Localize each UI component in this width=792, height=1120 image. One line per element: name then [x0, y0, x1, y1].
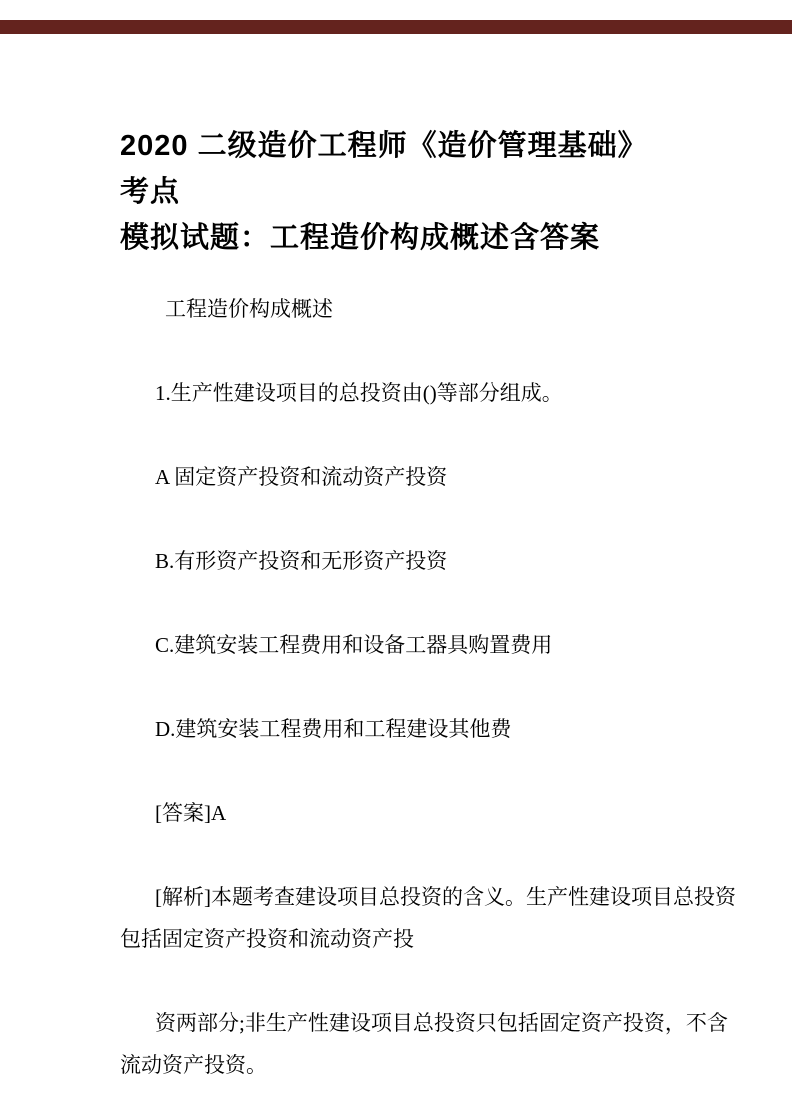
page-title-line-2: 模拟试题：工程造价构成概述含答案: [120, 215, 676, 261]
document-content: 2020 二级造价工程师《造价管理基础》考点 模拟试题：工程造价构成概述含答案 …: [120, 0, 676, 1120]
page-title: 2020 二级造价工程师《造价管理基础》考点 模拟试题：工程造价构成概述含答案: [120, 123, 676, 261]
analysis-p1-line-2: 包括固定资产投资和流动资产投: [120, 918, 676, 960]
option-a: A 固定资产投资和流动资产投资: [120, 456, 676, 498]
document-page: 2020 二级造价工程师《造价管理基础》考点 模拟试题：工程造价构成概述含答案 …: [0, 0, 792, 1120]
option-d: D.建筑安装工程费用和工程建设其他费: [120, 708, 676, 750]
analysis-paragraph-2: 资两部分;非生产性建设项目总投资只包括固定资产投资，不含 流动资产投资。: [120, 1002, 676, 1086]
analysis-p1-line-1: [解析]本题考查建设项目总投资的含义。生产性建设项目总投资: [120, 876, 676, 918]
analysis-paragraph-1: [解析]本题考查建设项目总投资的含义。生产性建设项目总投资 包括固定资产投资和流…: [120, 876, 676, 960]
option-c: C.建筑安装工程费用和设备工器具购置费用: [120, 624, 676, 666]
option-b: B.有形资产投资和无形资产投资: [120, 540, 676, 582]
answer-text: [答案]A: [120, 792, 676, 834]
analysis-p2-line-1: 资两部分;非生产性建设项目总投资只包括固定资产投资，不含: [120, 1002, 676, 1044]
page-title-line-1: 2020 二级造价工程师《造价管理基础》考点: [120, 123, 676, 215]
section-heading: 工程造价构成概述: [120, 288, 676, 330]
analysis-p2-line-2: 流动资产投资。: [120, 1044, 676, 1086]
question-text: 1.生产性建设项目的总投资由()等部分组成。: [120, 372, 676, 414]
